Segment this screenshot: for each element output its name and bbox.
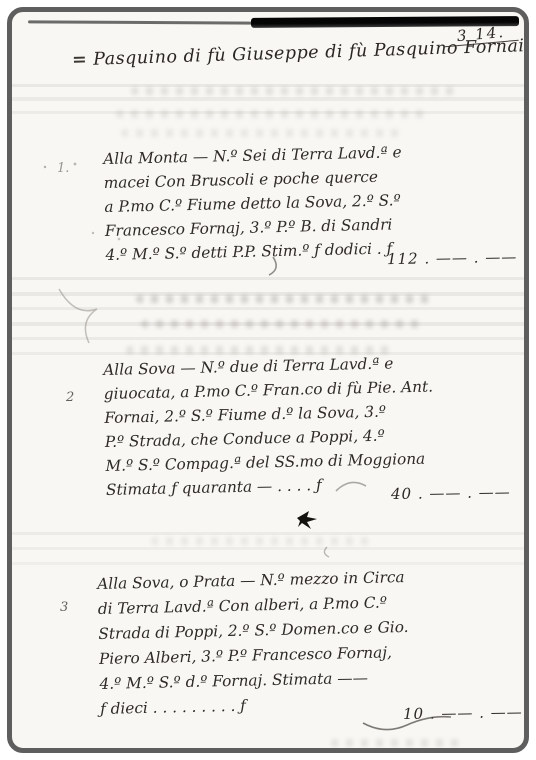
paper-streak (11, 337, 525, 340)
entry-amount: 40 . —— . —— (391, 483, 511, 503)
paper-streak (11, 562, 525, 565)
entry-text: Alla Sova, o Prata — N.º mezzo in Circa … (97, 565, 430, 722)
entry-amount: 112 . —— . —— (387, 248, 518, 268)
paper-streak (11, 292, 525, 296)
ink-blot (297, 511, 317, 529)
page-top-edge-shadow (28, 20, 258, 24)
page-title: =Pasquino di fù Giuseppe di fù Pasquino … (66, 37, 486, 70)
register-entry-1: 1. Alla Monta — N.º Sei di Terra Lavd.ª … (11, 147, 525, 267)
bleed-through-text (116, 110, 426, 118)
bleed-through-text (331, 739, 461, 747)
bleed-through-text (121, 129, 401, 137)
title-ornament-right: = (524, 35, 525, 56)
register-entry-3: 3 Alla Sova, o Prata — N.º mezzo in Circ… (11, 572, 525, 722)
paper-streak (11, 277, 525, 280)
bleed-through-text (141, 320, 426, 328)
page-title-text: Pasquino di fù Giuseppe di fù Pasquino F… (93, 36, 525, 70)
scan-viewer: 3 14. =Pasquino di fù Giuseppe di fù Pas… (0, 0, 536, 760)
entry-number: 2 (66, 390, 74, 405)
paper-streak (11, 111, 525, 114)
bleed-through-text (151, 537, 371, 545)
pen-flourish (324, 547, 329, 557)
paper-streak (11, 97, 525, 101)
title-ornament-left: = (66, 50, 94, 71)
bleed-through-text (136, 295, 436, 303)
paper-streak (11, 532, 525, 535)
pen-flourish (59, 289, 97, 343)
register-entry-2: 2 Alla Sova — N.º due di Terra Lavd.ª e … (11, 358, 525, 502)
manuscript-page: 3 14. =Pasquino di fù Giuseppe di fù Pas… (11, 11, 525, 749)
entry-amount: 10 . —— . —— (403, 703, 523, 723)
entry-number: 3 (60, 600, 68, 615)
bleed-through-text (131, 87, 461, 95)
paper-streak (11, 322, 525, 326)
entry-text: Alla Sova — N.º due di Terra Lavd.ª e gi… (103, 351, 436, 502)
paper-streak (11, 84, 525, 87)
entry-number: 1. (57, 161, 69, 176)
paper-streak (11, 547, 525, 550)
entry-text: Alla Monta — N.º Sei di Terra Lavd.ª e m… (103, 140, 436, 267)
paper-streak (11, 307, 525, 310)
